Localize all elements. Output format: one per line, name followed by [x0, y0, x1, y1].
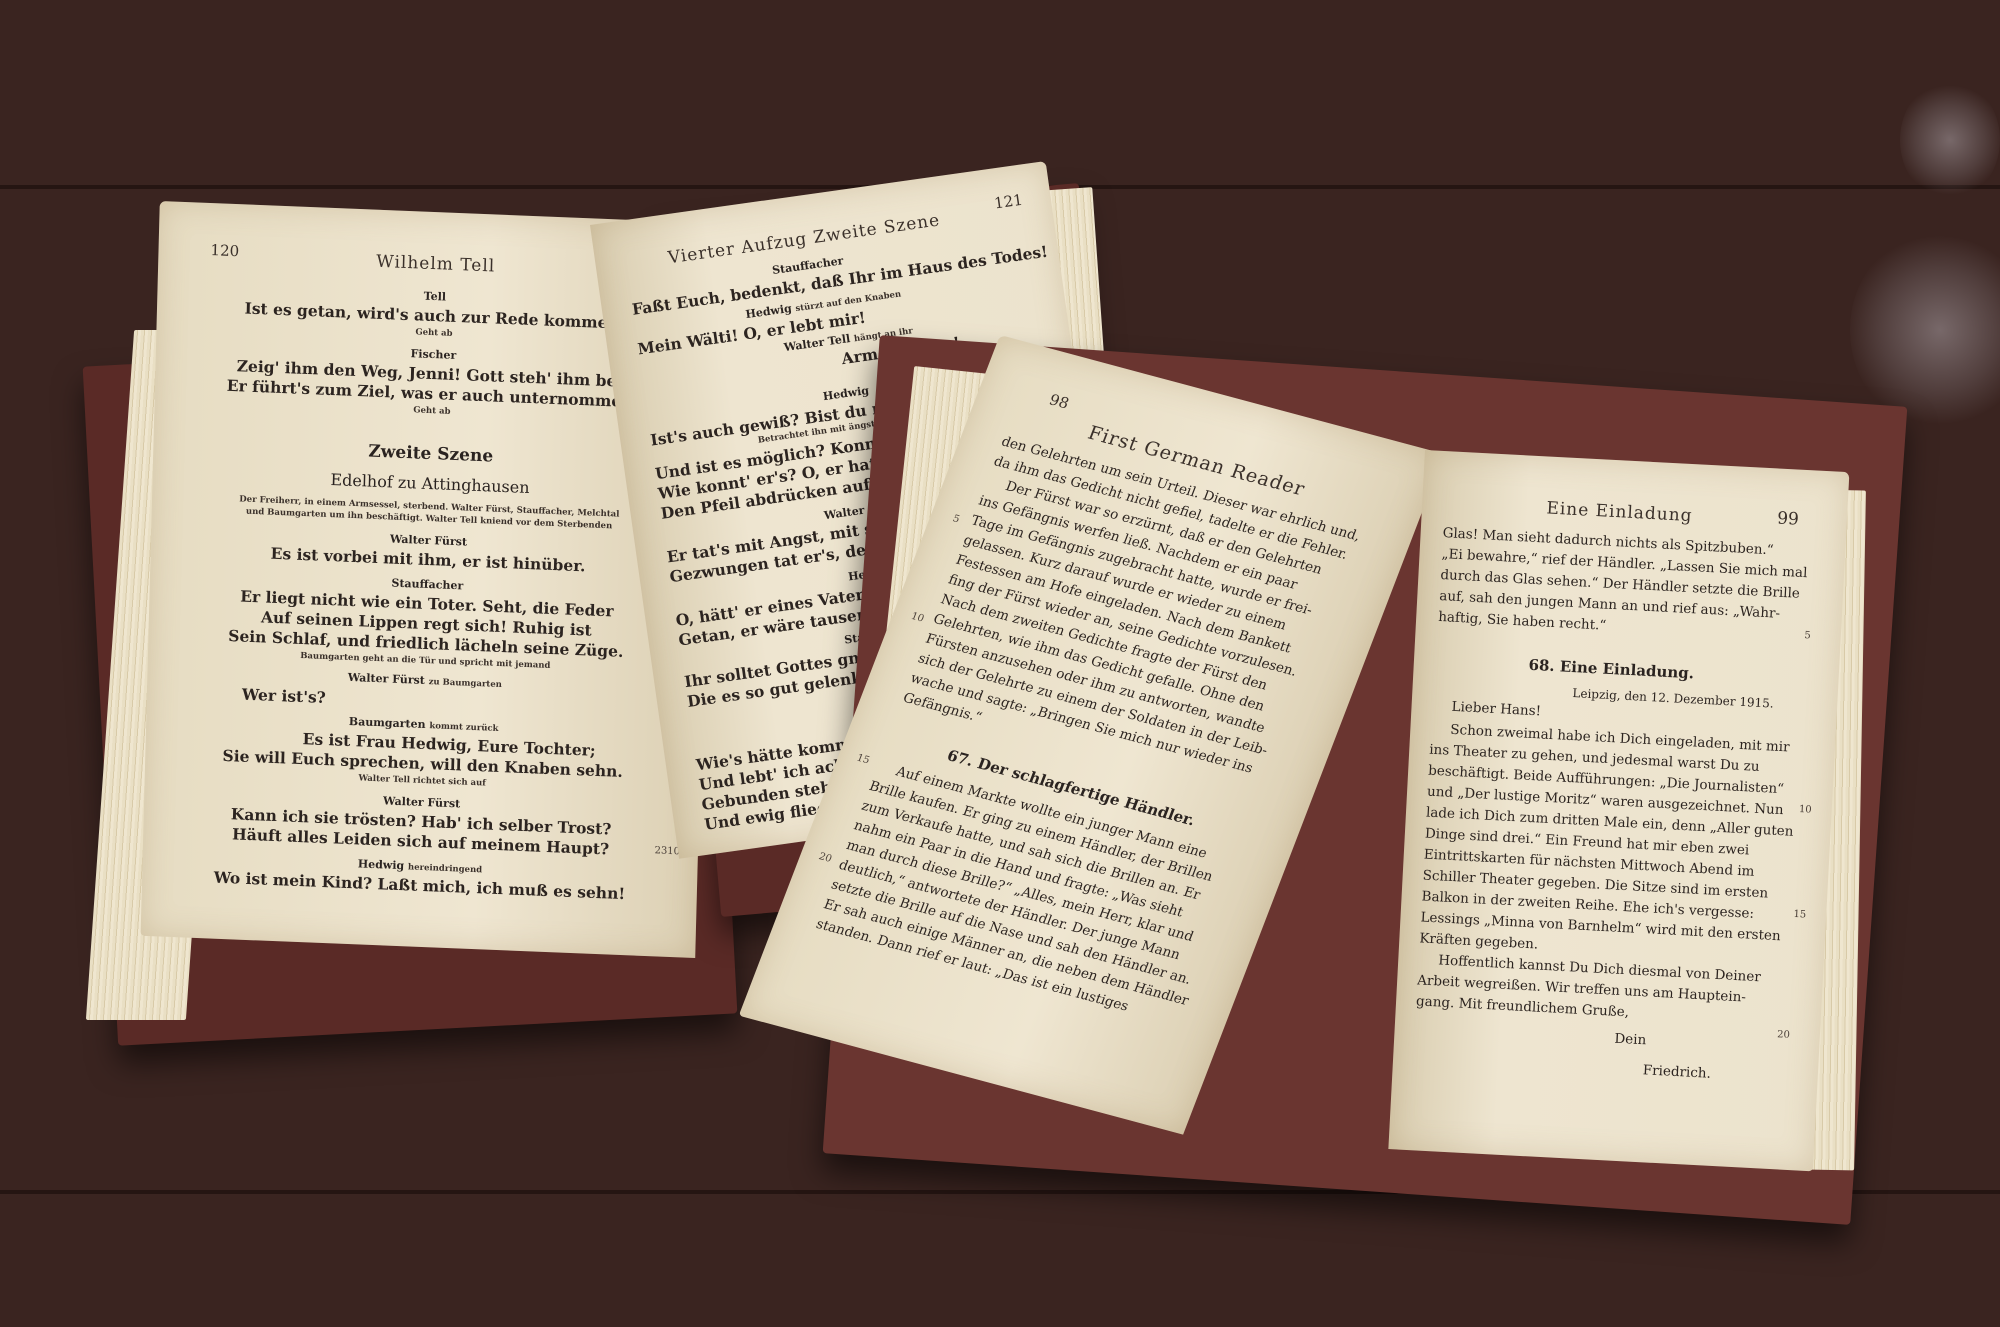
line-number: 5 [951, 513, 961, 525]
section-number: 68. [1528, 656, 1555, 675]
section-heading: 68. Eine Einladung. [1414, 650, 1839, 690]
letter-signature: Friedrich. [1642, 1060, 1711, 1085]
line-number: 10 [1799, 804, 1812, 816]
prose-block: Glas! Man sieht dadurch nichts als Spitz… [1438, 523, 1809, 647]
line-number: 20 [1777, 1029, 1790, 1041]
line-number: 15 [855, 753, 871, 767]
salutation: Lieber Hans! [1451, 697, 1542, 723]
letter-closing: Dein [1614, 1029, 1647, 1052]
line-number: 5 [1804, 630, 1811, 641]
page-number: 98 [1047, 391, 1072, 413]
prose-block: Schon zweimal habe ich Dich eingeladen, … [1416, 719, 1799, 1032]
dateline: Leipzig, den 12. Dezember 1915. [1572, 683, 1774, 715]
page-number: 99 [1777, 509, 1800, 530]
line-number: 20 [817, 851, 833, 865]
page-99: Eine Einladung 99 Glas! Man sieht dadurc… [1388, 450, 1849, 1171]
line-number: 10 [909, 611, 925, 625]
book-first-german-reader: 98 First German Reader den Gelehrten um … [0, 0, 2000, 1327]
prose-block: Auf einem Markte wollte ein junger Mann … [813, 757, 1245, 1032]
section-number: 67. [945, 746, 977, 770]
line-number: 15 [1793, 909, 1806, 921]
section-title: Eine Einladung. [1559, 657, 1694, 682]
